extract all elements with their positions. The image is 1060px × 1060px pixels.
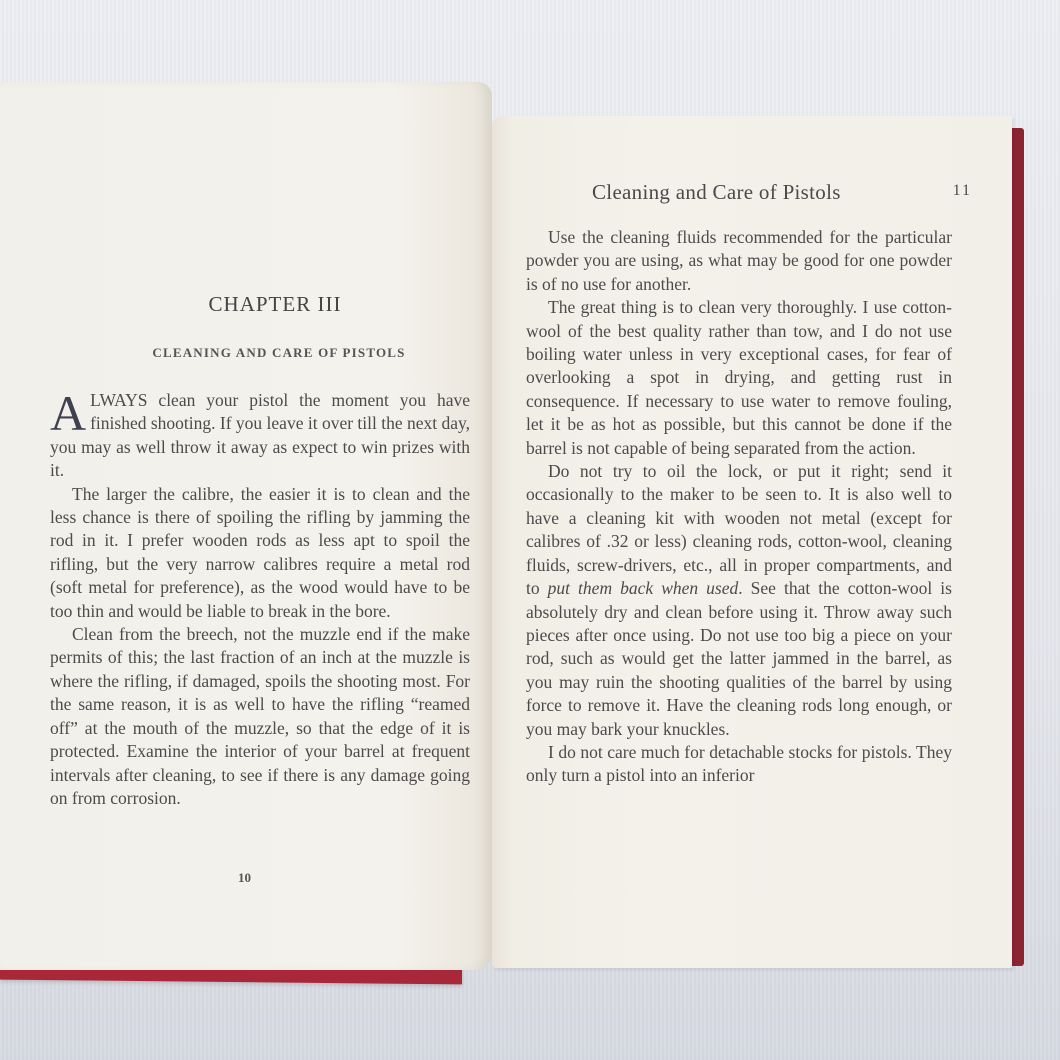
right-page: Cleaning and Care of Pistols 11 Use the …: [492, 116, 1012, 968]
chapter-title: CLEANING AND CARE OF PISTOLS: [88, 345, 470, 361]
paragraph: Use the cleaning fluids recommended for …: [526, 226, 952, 296]
paragraph: The larger the calibre, the easier it is…: [50, 483, 470, 623]
right-page-body: Use the cleaning fluids recommended for …: [526, 226, 952, 788]
running-head-title: Cleaning and Care of Pistols: [592, 180, 841, 204]
left-page-body: ALWAYS clean your pistol the moment you …: [50, 389, 470, 810]
running-head: Cleaning and Care of Pistols 11: [592, 180, 972, 205]
page-number-right: 11: [953, 182, 972, 200]
chapter-number: CHAPTER III: [80, 292, 470, 317]
page-number-left: 10: [238, 870, 251, 886]
book-cover-right-edge: [1010, 128, 1024, 966]
paragraph: ALWAYS clean your pistol the moment you …: [50, 389, 470, 483]
paragraph: Clean from the breech, not the muzzle en…: [50, 623, 470, 810]
paragraph: The great thing is to clean very thoroug…: [526, 296, 952, 460]
drop-cap: A: [50, 393, 86, 433]
paragraph: I do not care much for detachable stocks…: [526, 741, 952, 788]
left-page: CHAPTER III CLEANING AND CARE OF PISTOLS…: [0, 82, 492, 970]
paragraph: Do not try to oil the lock, or put it ri…: [526, 460, 952, 741]
emphasis-text: put them back when used: [548, 578, 739, 598]
left-page-content: CHAPTER III CLEANING AND CARE OF PISTOLS…: [50, 292, 470, 810]
